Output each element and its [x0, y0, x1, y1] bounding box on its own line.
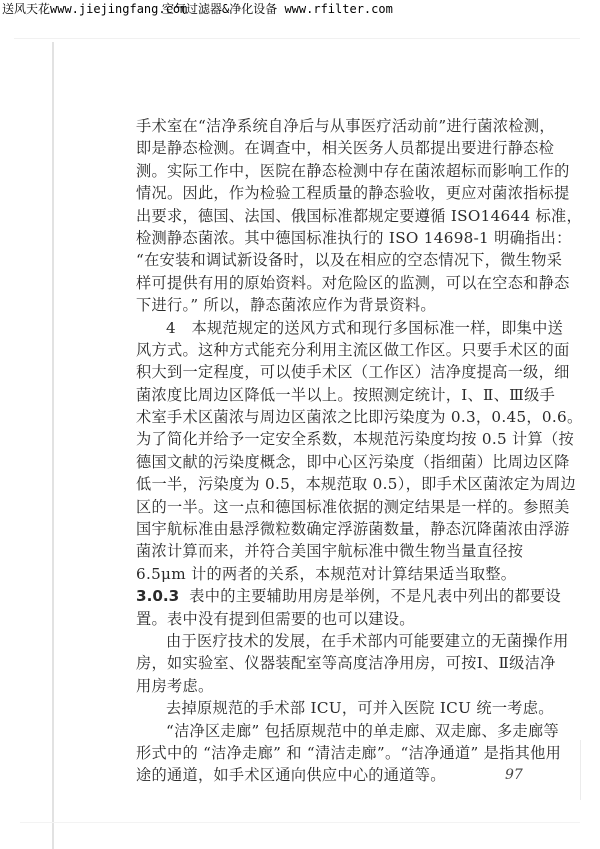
paragraph-air-supply: 4 本规范规定的送风方式和现行多国标准一样，即集中送 风方式。这种方式能充分利用… — [136, 317, 553, 586]
page-number: 97 — [505, 767, 523, 783]
text-line: 样可提供有用的原始资料。对危险区的监测，可以在空态和静态 — [136, 272, 553, 294]
paragraph-corridors: “洁净区走廊” 包括原规范中的单走廊、双走廊、多走廊等 形式中的 “洁净走廊” … — [136, 720, 553, 787]
text-line: 由于医疗技术的发展，在手术部内可能要建立的无菌操作用 — [136, 630, 553, 652]
scan-page-edge-right — [580, 740, 581, 800]
watermark-site-2: 空气过滤器&净化设备 www.rfilter.com — [162, 1, 393, 17]
watermark-header: 送风天花www.jiejingfang.com 空气过滤器&净化设备 www.r… — [0, 0, 600, 18]
text-line: 检测静态菌浓。其中德国标准执行的 ISO 14698-1 明确指出： — [136, 227, 553, 249]
text-line: 用房考虑。 — [136, 675, 553, 697]
text-line: 测。实际工作中，医院在静态检测中存在菌浓超标而影响工作的 — [136, 160, 553, 182]
text-line: 低一半，污染度为 0.5，本规范取 0.5），即手术区菌浓定为周边 — [136, 473, 553, 495]
text-line: 即是静态检测。在调查中，相关医务人员都提出要进行静态检 — [136, 137, 553, 159]
text-line: 出要求，德国、法国、俄国标准都规定要遵循 ISO14644 标准， — [136, 205, 553, 227]
text-line: 为了简化并给予一定安全系数，本规范污染度均按 0.5 计算（按 — [136, 428, 553, 450]
text-line: 积大到一定程度，可以使手术区（工作区）洁净度提高一级，细 — [136, 361, 553, 383]
text-line: 表中的主要辅助用房是举例，不是凡表中列出的都要设 — [189, 587, 561, 605]
text-line: 情况。因此，作为检验工程质量的静态验收，更应对菌浓指标提 — [136, 182, 553, 204]
text-line: 置。表中没有提到但需要的也可以建设。 — [136, 608, 553, 630]
section-first-line: 3.0.3表中的主要辅助用房是举例，不是凡表中列出的都要设 — [136, 585, 553, 607]
text-line: 6.5μm 计的两者的关系，本规范对计算结果适当取整。 — [136, 563, 553, 585]
text-line: 4 本规范规定的送风方式和现行多国标准一样，即集中送 — [136, 317, 553, 339]
section-3-0-3: 3.0.3表中的主要辅助用房是举例，不是凡表中列出的都要设 置。表中没有提到但需… — [136, 585, 553, 630]
text-line: “在安装和调试新设备时，以及在相应的空态情况下，微生物采 — [136, 249, 553, 271]
section-number: 3.0.3 — [136, 587, 179, 605]
text-line: 菌浓计算而来，并符合美国宇航标准中微生物当量直径按 — [136, 540, 553, 562]
text-line: 国宇航标准由悬浮微粒数确定浮游菌数量，静态沉降菌浓由浮游 — [136, 518, 553, 540]
scan-page-edge-left — [52, 42, 54, 849]
paragraph-static-testing: 手术室在“洁净系统自净后与从事医疗活动前”进行菌浓检测， 即是静态检测。在调查中… — [136, 115, 553, 317]
text-line: 手术室在“洁净系统自净后与从事医疗活动前”进行菌浓检测， — [136, 115, 553, 137]
paragraph-icu: 去掉原规范的手术部 ICU，可并入医院 ICU 统一考虑。 — [136, 697, 553, 719]
text-line: 下进行。” 所以，静态菌浓应作为背景资料。 — [136, 294, 553, 316]
scan-page-edge-top — [14, 38, 580, 39]
text-line: 房，如实验室、仪器装配室等高度洁净用房，可按Ⅰ、Ⅱ级洁净 — [136, 652, 553, 674]
page-body: 手术室在“洁净系统自净后与从事医疗活动前”进行菌浓检测， 即是静态检测。在调查中… — [136, 115, 553, 787]
watermark-site-1: 送风天花www.jiejingfang.com — [2, 1, 187, 17]
text-line: “洁净区走廊” 包括原规范中的单走廊、双走廊、多走廊等 — [136, 720, 553, 742]
text-line: 去掉原规范的手术部 ICU，可并入医院 ICU 统一考虑。 — [136, 697, 553, 719]
text-line: 形式中的 “洁净走廊” 和 “清洁走廊”。“洁净通道” 是指其他用 — [136, 742, 553, 764]
text-line: 区的一半。这一点和德国标准依据的测定结果是一样的。参照美 — [136, 496, 553, 518]
scan-page-edge-bottom — [20, 822, 580, 823]
paragraph-aseptic-rooms: 由于医疗技术的发展，在手术部内可能要建立的无菌操作用 房，如实验室、仪器装配室等… — [136, 630, 553, 697]
text-line: 风方式。这种方式能充分利用主流区做工作区。只要手术区的面 — [136, 339, 553, 361]
text-line: 菌浓度比周边区降低一半以上。按照测定统计，Ⅰ、Ⅱ、Ⅲ级手 — [136, 384, 553, 406]
text-line: 德国文献的污染度概念，即中心区污染度（指细菌）比周边区降 — [136, 451, 553, 473]
text-line: 途的通道，如手术区通向供应中心的通道等。 — [136, 764, 553, 786]
text-line: 术室手术区菌浓与周边区菌浓之比即污染度为 0.3，0.45，0.6。 — [136, 406, 553, 428]
